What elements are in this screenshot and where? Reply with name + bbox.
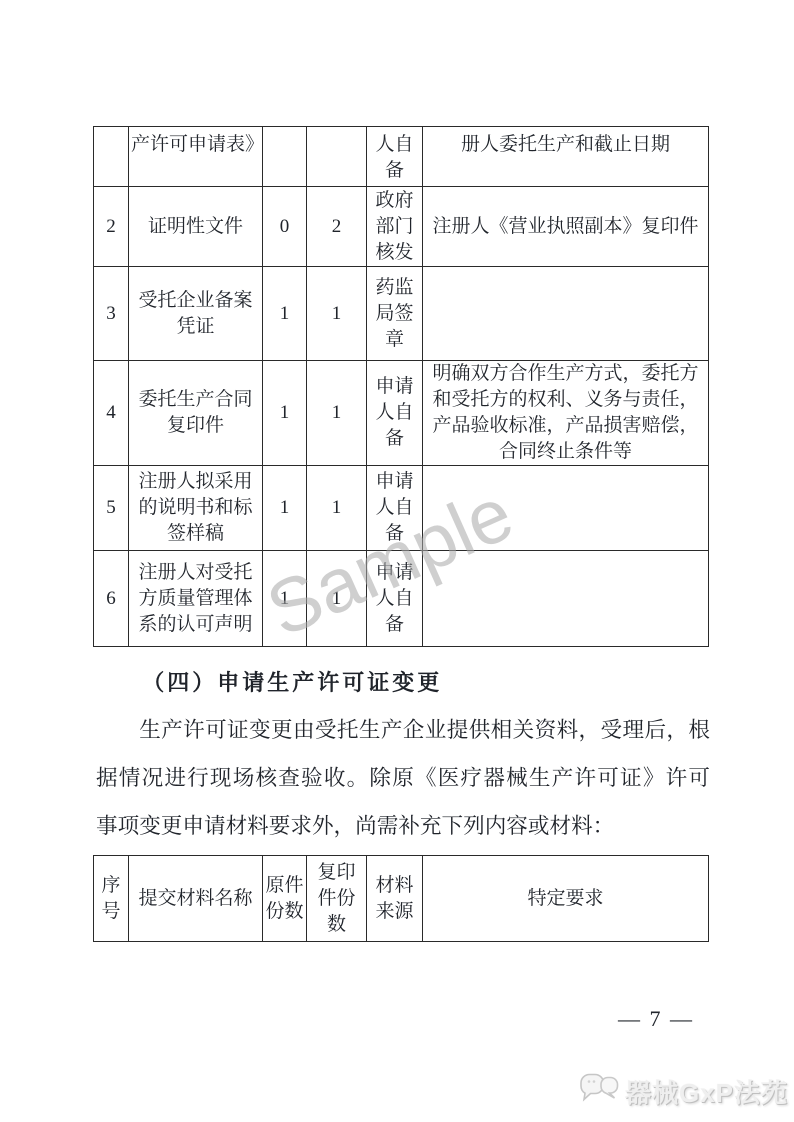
seq-cell: 3 [94, 267, 129, 361]
brand-name: 器械GxP法苑 [625, 1073, 788, 1110]
table-row: 6 注册人对受托方质量管理体系的认可声明 1 1 申请人自备 [94, 551, 709, 647]
copies-cell: 1 [307, 466, 367, 551]
table-row: 4 委托生产合同复印件 1 1 申请人自备 明确双方合作生产方式，委托方和受托方… [94, 361, 709, 466]
source-cell: 政府部门核发 [367, 187, 423, 267]
change-materials-table: 序号 提交材料名称 原件份数 复印件份数 材料来源 特定要求 [93, 855, 709, 942]
table-row: 产许可申请表》 人自备 册人委托生产和截止日期 [94, 127, 709, 187]
paragraph-line: 据情况进行现场核查验收。除原《医疗器械生产许可证》许可 [96, 754, 710, 802]
material-name-cell: 注册人对受托方质量管理体系的认可声明 [129, 551, 263, 647]
requirement-cell [423, 551, 709, 647]
copies-header: 复印件份数 [307, 856, 367, 942]
table-row: 5 注册人拟采用的说明书和标签样稿 1 1 申请人自备 [94, 466, 709, 551]
requirement-cell: 册人委托生产和截止日期 [423, 127, 709, 187]
seq-cell: 4 [94, 361, 129, 466]
copies-cell: 1 [307, 551, 367, 647]
material-name-header: 提交材料名称 [129, 856, 263, 942]
copies-cell: 1 [307, 361, 367, 466]
page-number: — 7 — [618, 1006, 694, 1032]
material-name-cell: 产许可申请表》 [129, 127, 263, 187]
source-header: 材料来源 [367, 856, 423, 942]
copies-cell: 1 [307, 267, 367, 361]
requirement-cell [423, 267, 709, 361]
table-header-row: 序号 提交材料名称 原件份数 复印件份数 材料来源 特定要求 [94, 856, 709, 942]
paragraph-line: 事项变更申请材料要求外，尚需补充下列内容或材料： [96, 802, 710, 850]
requirement-cell: 注册人《营业执照副本》复印件 [423, 187, 709, 267]
table-row: 3 受托企业备案凭证 1 1 药监局签章 [94, 267, 709, 361]
source-cell: 申请人自备 [367, 551, 423, 647]
document-page: Sample 产许可申请表》 人自备 册人委托生产和截止日期 2 证明性文件 0… [0, 0, 794, 1122]
requirement-header: 特定要求 [423, 856, 709, 942]
seq-cell: 6 [94, 551, 129, 647]
source-cell: 申请人自备 [367, 361, 423, 466]
originals-header: 原件份数 [263, 856, 307, 942]
originals-cell: 1 [263, 267, 307, 361]
brand-logo: 器械GxP法苑 [577, 1072, 788, 1111]
copies-cell [307, 127, 367, 187]
seq-cell: 2 [94, 187, 129, 267]
chat-bubbles-icon [577, 1072, 619, 1111]
section-paragraph: 生产许可证变更由受托生产企业提供相关资料，受理后，根 据情况进行现场核查验收。除… [96, 706, 710, 850]
requirement-cell: 明确双方合作生产方式，委托方和受托方的权利、义务与责任，产品验收标准，产品损害赔… [423, 361, 709, 466]
material-name-cell: 受托企业备案凭证 [129, 267, 263, 361]
section-heading: （四）申请生产许可证变更 [96, 666, 710, 697]
originals-cell: 1 [263, 551, 307, 647]
copies-cell: 2 [307, 187, 367, 267]
materials-table-continued: 产许可申请表》 人自备 册人委托生产和截止日期 2 证明性文件 0 2 政府部门… [93, 126, 709, 647]
originals-cell: 1 [263, 466, 307, 551]
material-name-cell: 注册人拟采用的说明书和标签样稿 [129, 466, 263, 551]
originals-cell: 0 [263, 187, 307, 267]
seq-header: 序号 [94, 856, 129, 942]
originals-cell: 1 [263, 361, 307, 466]
material-name-cell: 证明性文件 [129, 187, 263, 267]
originals-cell [263, 127, 307, 187]
seq-cell: 5 [94, 466, 129, 551]
table-row: 2 证明性文件 0 2 政府部门核发 注册人《营业执照副本》复印件 [94, 187, 709, 267]
seq-cell [94, 127, 129, 187]
source-cell: 申请人自备 [367, 466, 423, 551]
source-cell: 人自备 [367, 127, 423, 187]
paragraph-line: 生产许可证变更由受托生产企业提供相关资料，受理后，根 [96, 706, 710, 754]
source-cell: 药监局签章 [367, 267, 423, 361]
requirement-cell [423, 466, 709, 551]
material-name-cell: 委托生产合同复印件 [129, 361, 263, 466]
